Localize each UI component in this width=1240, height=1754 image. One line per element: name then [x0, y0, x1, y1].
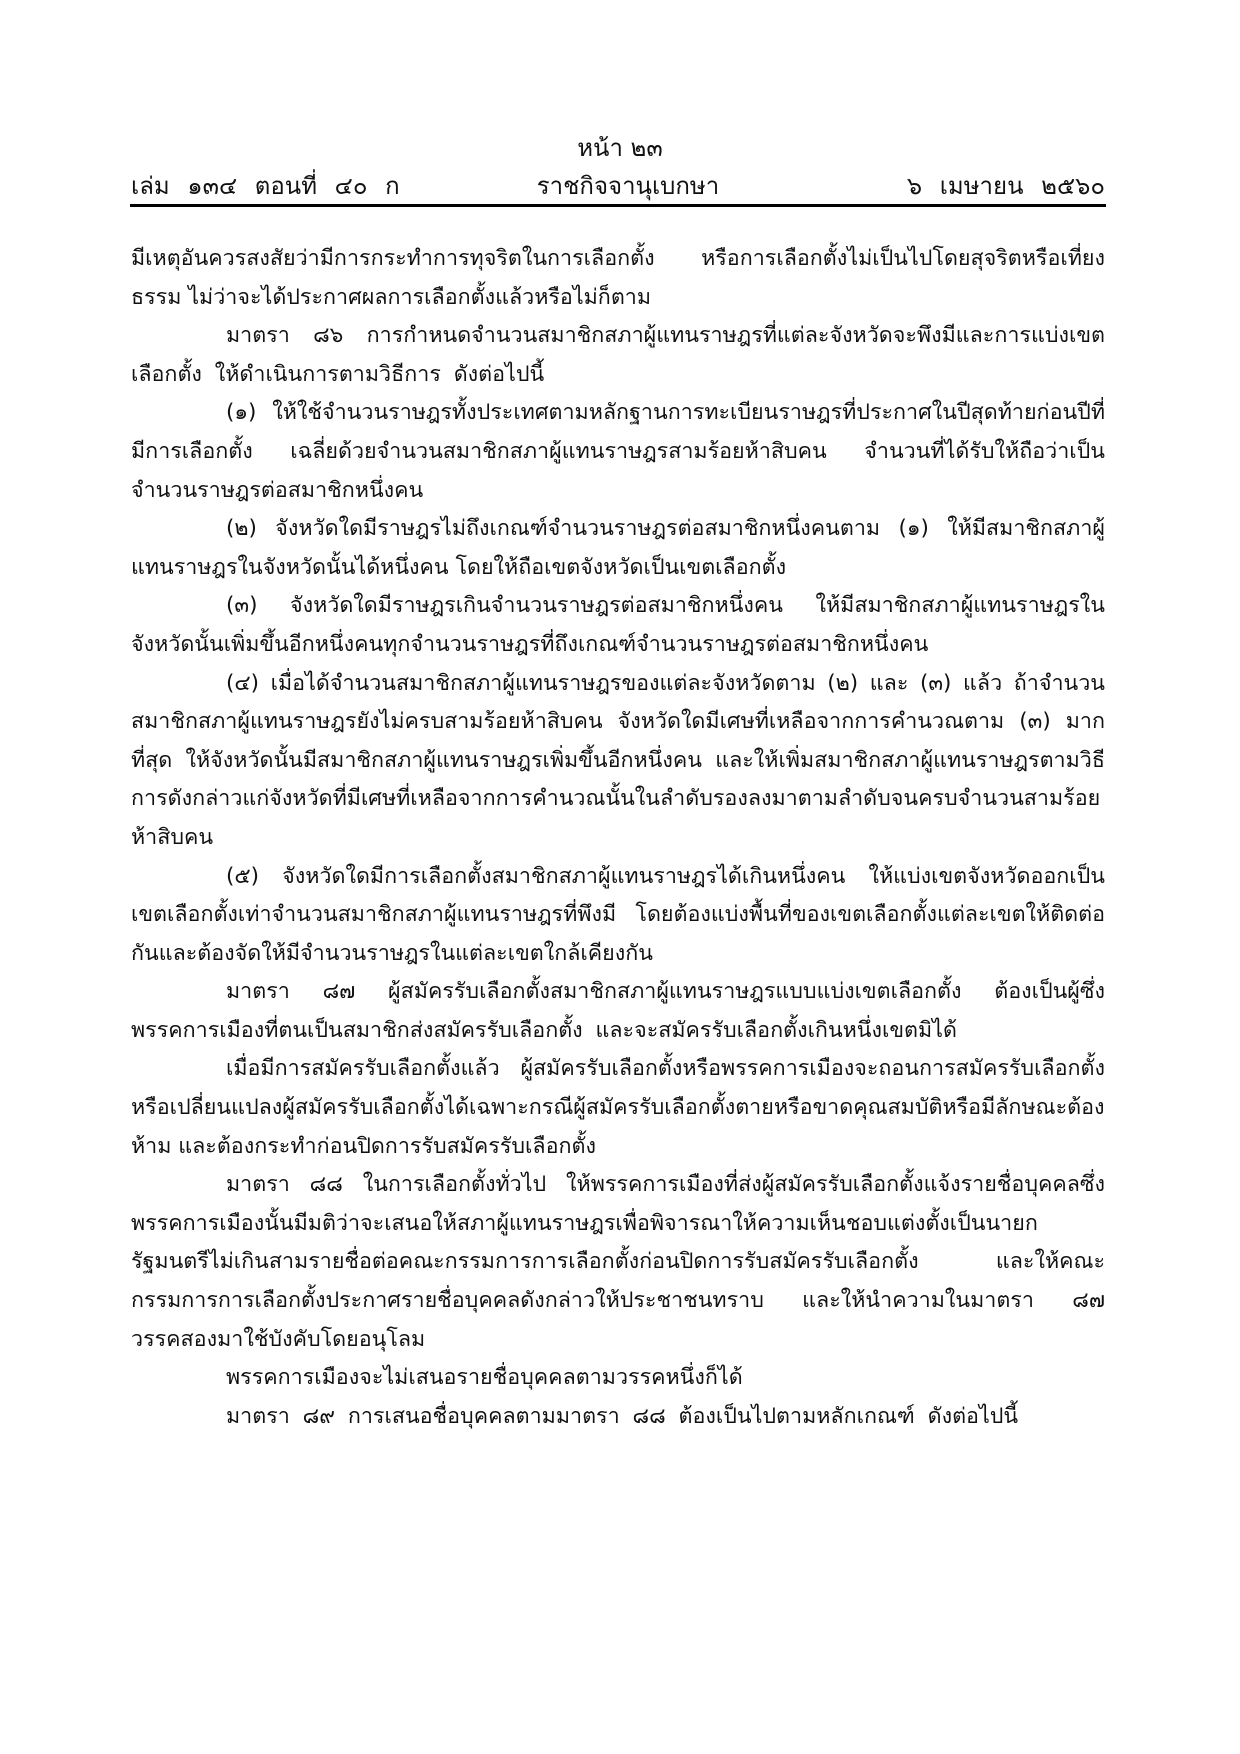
paragraph: มีเหตุอันควรสงสัยว่ามีการกระทำการทุจริตใ…	[131, 240, 1105, 317]
section-87: มาตรา ๘๗ ผู้สมัครรับเลือกตั้งสมาชิกสภาผู…	[131, 973, 1105, 1050]
clause-5: (๕) จังหวัดใดมีการเลือกตั้งสมาชิกสภาผู้แ…	[131, 858, 1105, 974]
publication-date: ๖ เมษายน ๒๕๖๐	[907, 166, 1105, 205]
header-rule	[130, 204, 1106, 207]
clause-1: (๑) ให้ใช้จำนวนราษฎรทั้งประเทศตามหลักฐาน…	[131, 394, 1105, 510]
document-body: มีเหตุอันควรสงสัยว่ามีการกระทำการทุจริตใ…	[131, 240, 1105, 1436]
gazette-header: เล่ม ๑๓๔ ตอนที่ ๔๐ ก ราชกิจจานุเบกษา ๖ เ…	[131, 166, 1105, 202]
section-88: มาตรา ๘๘ ในการเลือกตั้งทั่วไป ให้พรรคการ…	[131, 1166, 1105, 1359]
section-89: มาตรา ๘๙ การเสนอชื่อบุคคลตามมาตรา ๘๘ ต้อ…	[131, 1398, 1105, 1437]
page-number: หน้า ๒๓	[0, 128, 1240, 167]
section-87-para-2: เมื่อมีการสมัครรับเลือกตั้งแล้ว ผู้สมัคร…	[131, 1050, 1105, 1166]
clause-3: (๓) จังหวัดใดมีราษฎรเกินจำนวนราษฎรต่อสมา…	[131, 587, 1105, 664]
section-88-para-2: พรรคการเมืองจะไม่เสนอรายชื่อบุคคลตามวรรค…	[131, 1359, 1105, 1398]
section-86: มาตรา ๘๖ การกำหนดจำนวนสมาชิกสภาผู้แทนราษ…	[131, 317, 1105, 394]
clause-4: (๔) เมื่อได้จำนวนสมาชิกสภาผู้แทนราษฎรของ…	[131, 665, 1105, 858]
clause-2: (๒) จังหวัดใดมีราษฎรไม่ถึงเกณฑ์จำนวนราษฎ…	[131, 510, 1105, 587]
